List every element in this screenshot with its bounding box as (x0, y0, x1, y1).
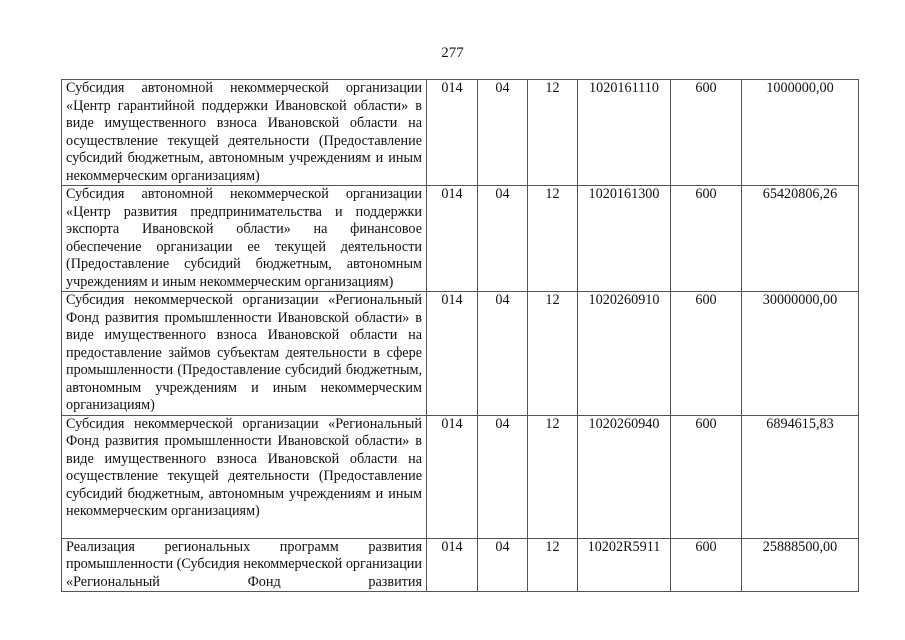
row-description: Субсидия автономной некоммерческой орган… (62, 186, 427, 292)
amount: 6894615,83 (742, 415, 859, 538)
subsection-code: 12 (528, 415, 578, 538)
budget-table: Субсидия автономной некоммерческой орган… (61, 79, 859, 592)
grbs-code: 014 (427, 292, 478, 416)
table-row: Субсидия некоммерческой организации «Рег… (62, 292, 859, 416)
expense-type-code: 600 (671, 292, 742, 416)
grbs-code: 014 (427, 186, 478, 292)
target-article-code: 1020161300 (578, 186, 671, 292)
target-article-code: 1020161110 (578, 80, 671, 186)
target-article-code: 10202R5911 (578, 538, 671, 592)
table-row: Субсидия автономной некоммерческой орган… (62, 80, 859, 186)
section-code: 04 (478, 538, 528, 592)
expense-type-code: 600 (671, 415, 742, 538)
subsection-code: 12 (528, 186, 578, 292)
row-description: Реализация региональных программ развити… (62, 538, 427, 592)
amount: 25888500,00 (742, 538, 859, 592)
grbs-code: 014 (427, 415, 478, 538)
row-description: Субсидия некоммерческой организации «Рег… (62, 415, 427, 538)
section-code: 04 (478, 292, 528, 416)
section-code: 04 (478, 415, 528, 538)
amount: 65420806,26 (742, 186, 859, 292)
subsection-code: 12 (528, 538, 578, 592)
section-code: 04 (478, 80, 528, 186)
page-number: 277 (0, 45, 905, 62)
target-article-code: 1020260940 (578, 415, 671, 538)
expense-type-code: 600 (671, 538, 742, 592)
grbs-code: 014 (427, 80, 478, 186)
row-description: Субсидия некоммерческой организации «Рег… (62, 292, 427, 416)
table-row: Реализация региональных программ развити… (62, 538, 859, 592)
subsection-code: 12 (528, 292, 578, 416)
table-row: Субсидия автономной некоммерческой орган… (62, 186, 859, 292)
expense-type-code: 600 (671, 186, 742, 292)
table-row: Субсидия некоммерческой организации «Рег… (62, 415, 859, 538)
grbs-code: 014 (427, 538, 478, 592)
row-description: Субсидия автономной некоммерческой орган… (62, 80, 427, 186)
subsection-code: 12 (528, 80, 578, 186)
amount: 30000000,00 (742, 292, 859, 416)
amount: 1000000,00 (742, 80, 859, 186)
target-article-code: 1020260910 (578, 292, 671, 416)
expense-type-code: 600 (671, 80, 742, 186)
section-code: 04 (478, 186, 528, 292)
